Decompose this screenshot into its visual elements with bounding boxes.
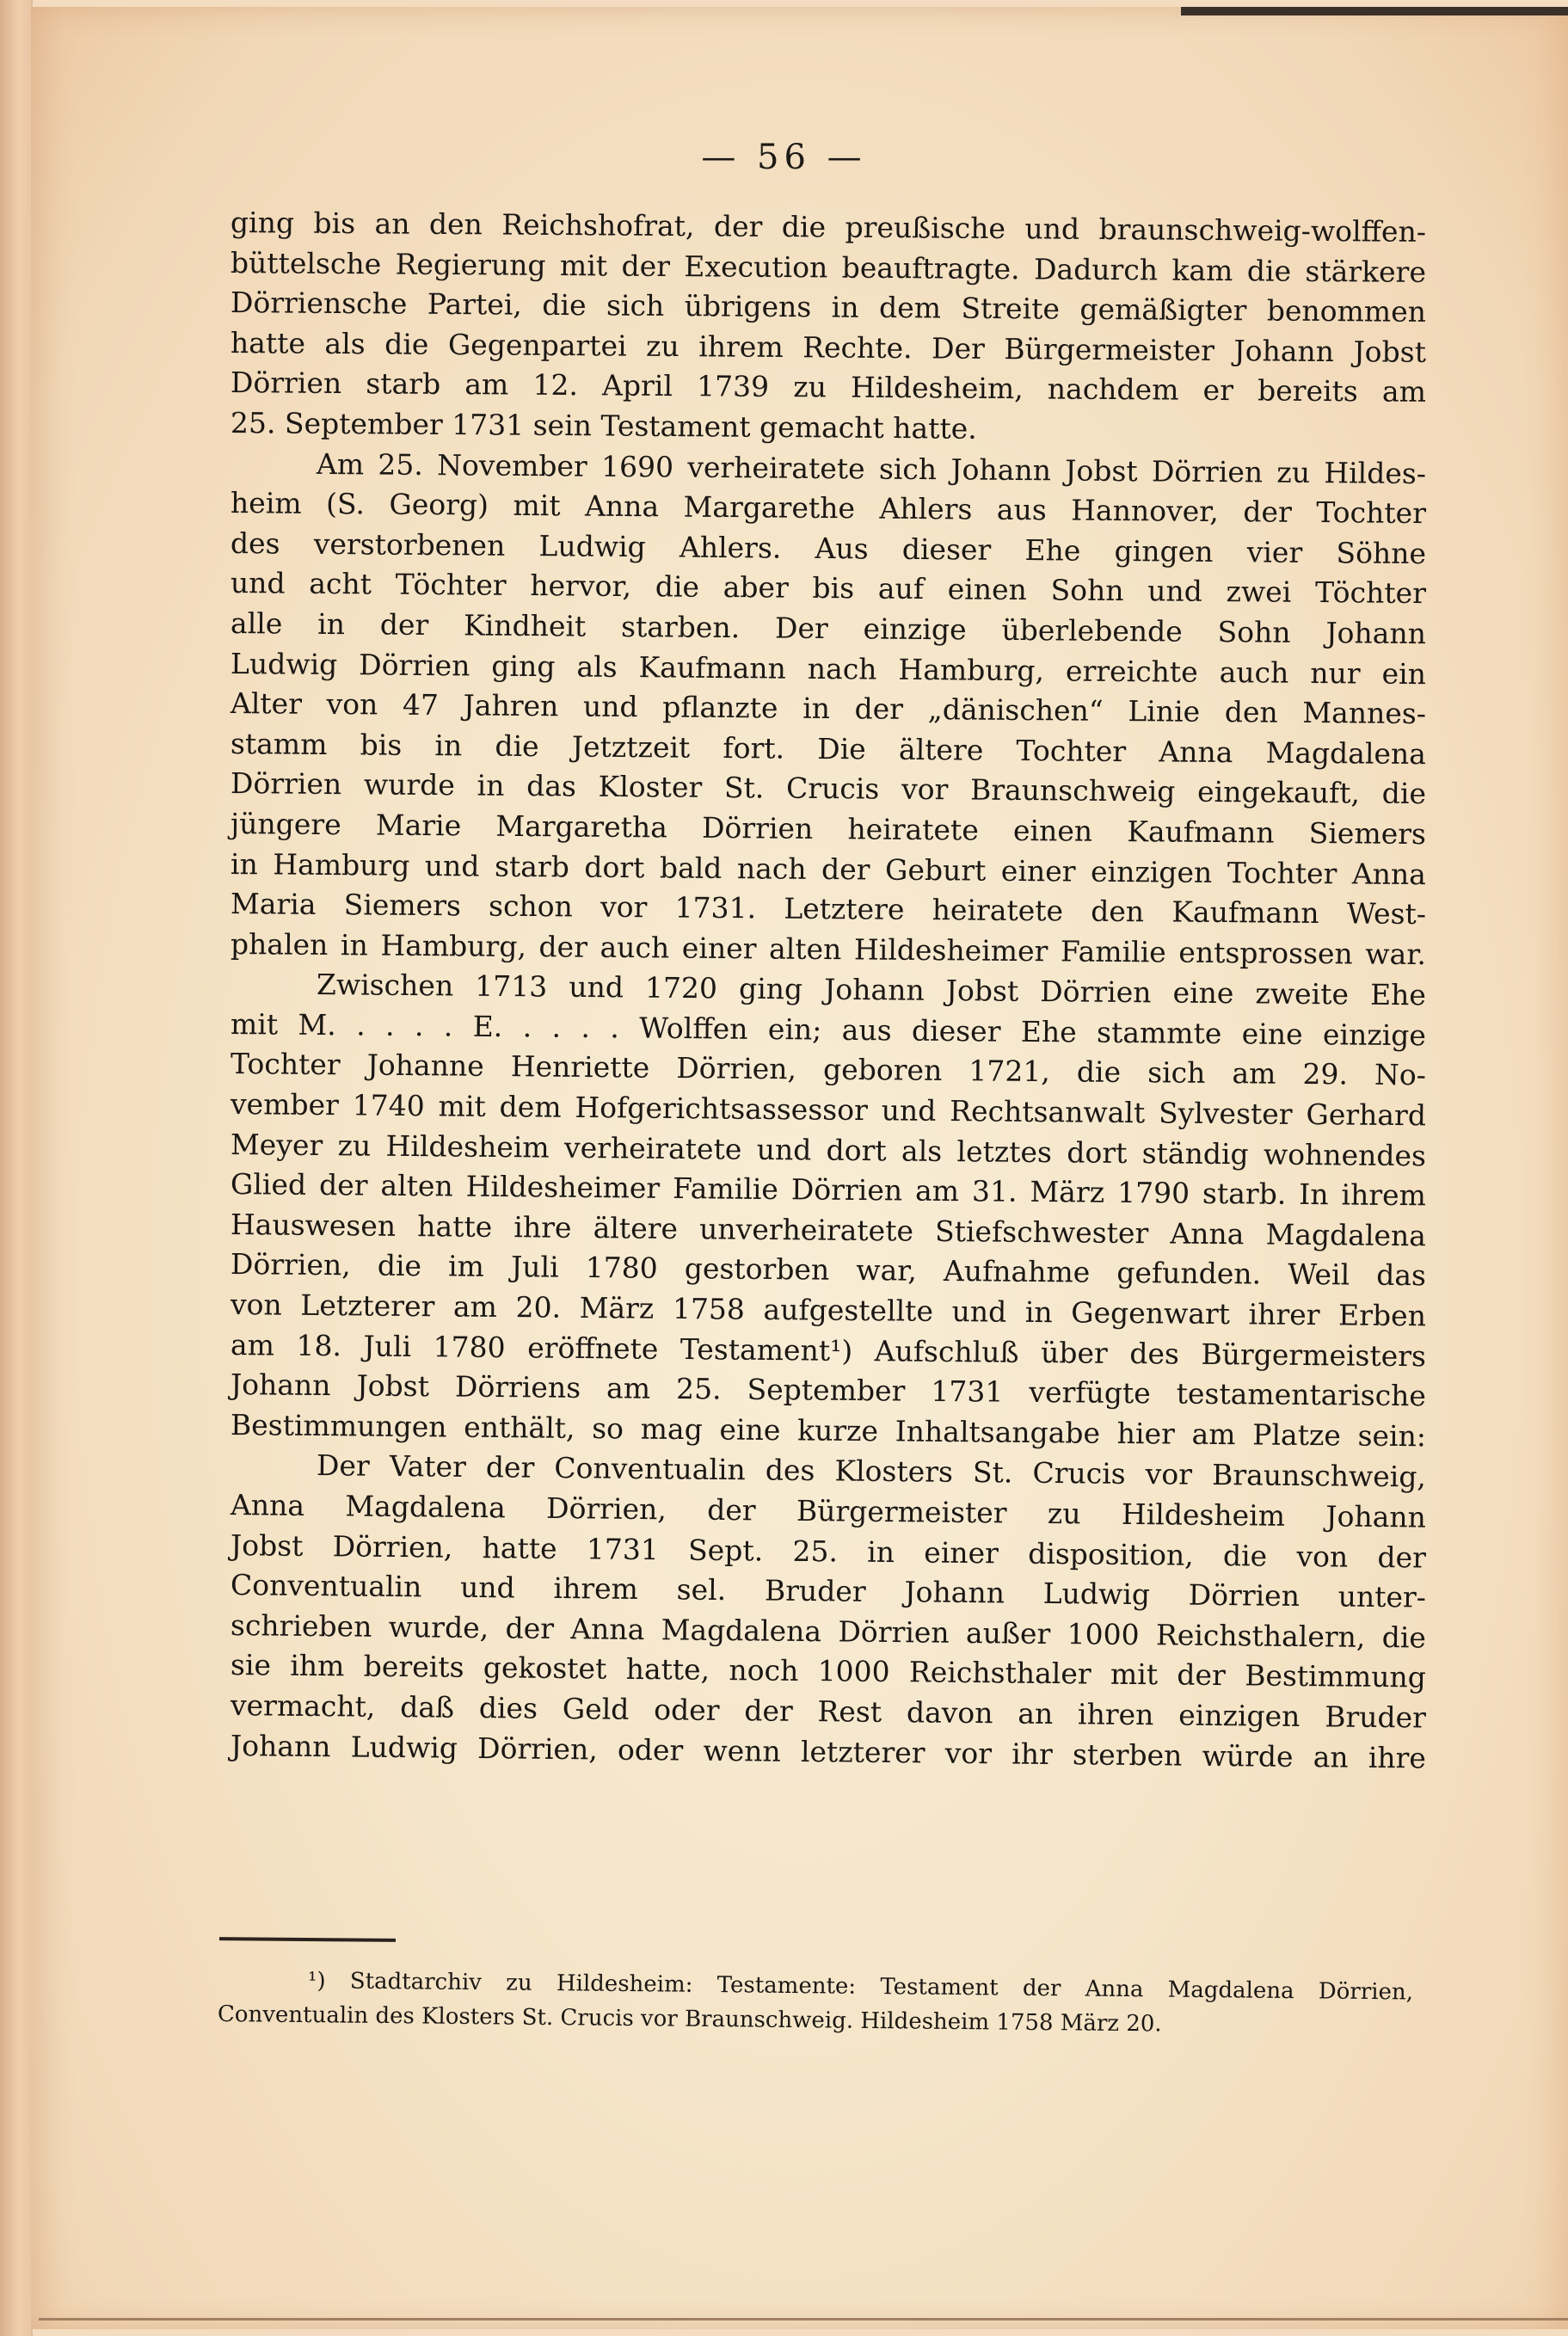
book-binding-edge [0,0,33,2336]
scan-top-edge [1181,7,1568,15]
page-bottom-edge [39,2318,1568,2321]
body-text: ging bis an den Reichshofrat, der die pr… [231,203,1426,1766]
page-number: — 56 — [0,138,1568,177]
footnotes: ¹) Stadtarchiv zu Hildesheim: Testamente… [218,1963,1413,2032]
